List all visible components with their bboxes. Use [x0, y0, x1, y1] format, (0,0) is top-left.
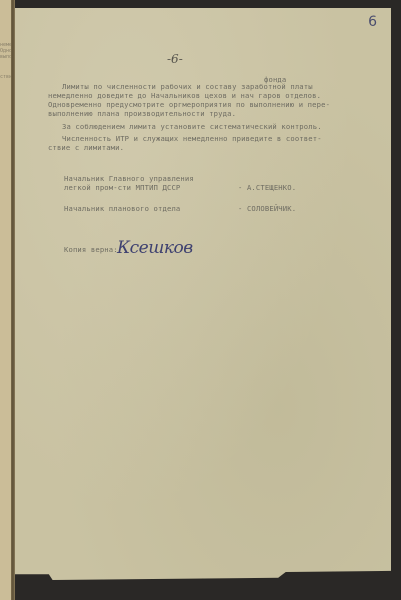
signature-2-title: Начальник планового отдела [64, 204, 180, 214]
document-page: 6 -6- фонда Лимиты по численности рабочи… [15, 8, 391, 580]
signature-1-name: - А.СТЕЩЕНКО. [238, 183, 296, 193]
sheet-mark: -6- [167, 52, 183, 66]
signature-1-title-line2: легкой пром-сти МПТИП ДССР [64, 183, 180, 193]
page-number: 6 [368, 14, 377, 30]
page-fold [11, 0, 15, 600]
text-line-5: За соблюдением лимита установите система… [62, 122, 322, 132]
handwritten-signature: Ксешков [117, 238, 193, 258]
text-line-4: выполнению плана производительности труд… [48, 109, 236, 119]
text-line-7: ствие с лимитами. [48, 143, 124, 153]
signature-2-name: - СОЛОВЕЙЧИК. [238, 204, 296, 214]
copy-label: Копия верна: [64, 245, 118, 255]
